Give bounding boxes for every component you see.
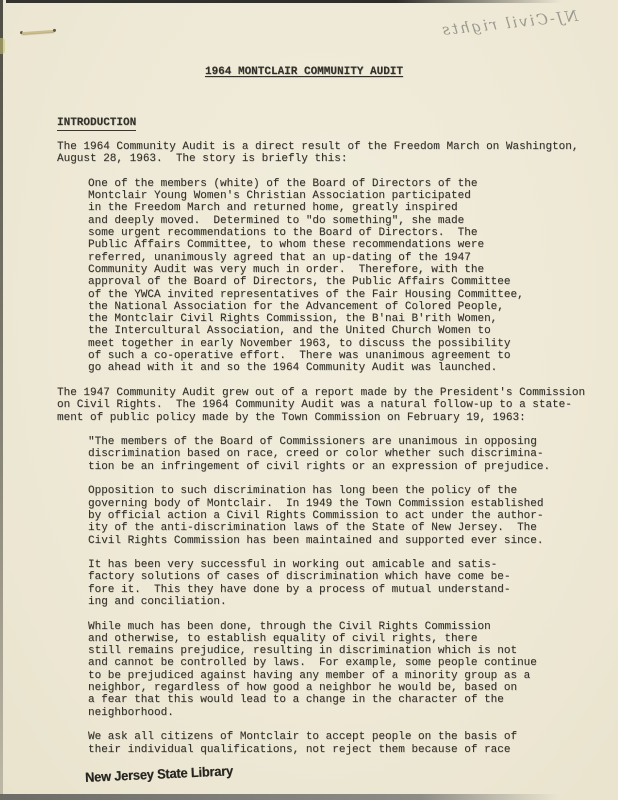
scan-edge-top xyxy=(6,0,562,3)
staple-hole-right xyxy=(53,29,56,32)
section-heading-introduction: INTRODUCTION xyxy=(57,117,136,131)
quote-paragraph-2: Opposition to such discrimination has lo… xyxy=(88,485,592,546)
scan-edge-bottom xyxy=(0,794,560,800)
quote-paragraph-1: "The members of the Board of Commissione… xyxy=(88,436,592,473)
handwritten-note: NJ-Civil rights xyxy=(439,7,578,39)
document-title: 1964 MONTCLAIR COMMUNITY AUDIT xyxy=(0,66,608,78)
intro-paragraph-1: The 1964 Community Audit is a direct res… xyxy=(57,141,592,166)
staple-mark xyxy=(20,28,56,35)
quote-paragraph-5: We ask all citizens of Montclair to acce… xyxy=(88,731,592,756)
quote-paragraph-3: It has been very successful in working o… xyxy=(88,559,592,608)
staple-bar xyxy=(22,30,54,34)
scan-edge-left xyxy=(0,0,3,795)
quote-paragraph-4: While much has been done, through the Ci… xyxy=(88,621,592,719)
intro-paragraph-2: The 1947 Community Audit grew out of a r… xyxy=(57,387,592,424)
edge-smudge xyxy=(0,38,5,54)
scanned-document-page: NJ-Civil rights 1964 MONTCLAIR COMMUNITY… xyxy=(0,0,618,800)
story-paragraph: One of the members (white) of the Board … xyxy=(88,178,592,375)
document-body: INTRODUCTION The 1964 Community Audit is… xyxy=(57,112,592,768)
